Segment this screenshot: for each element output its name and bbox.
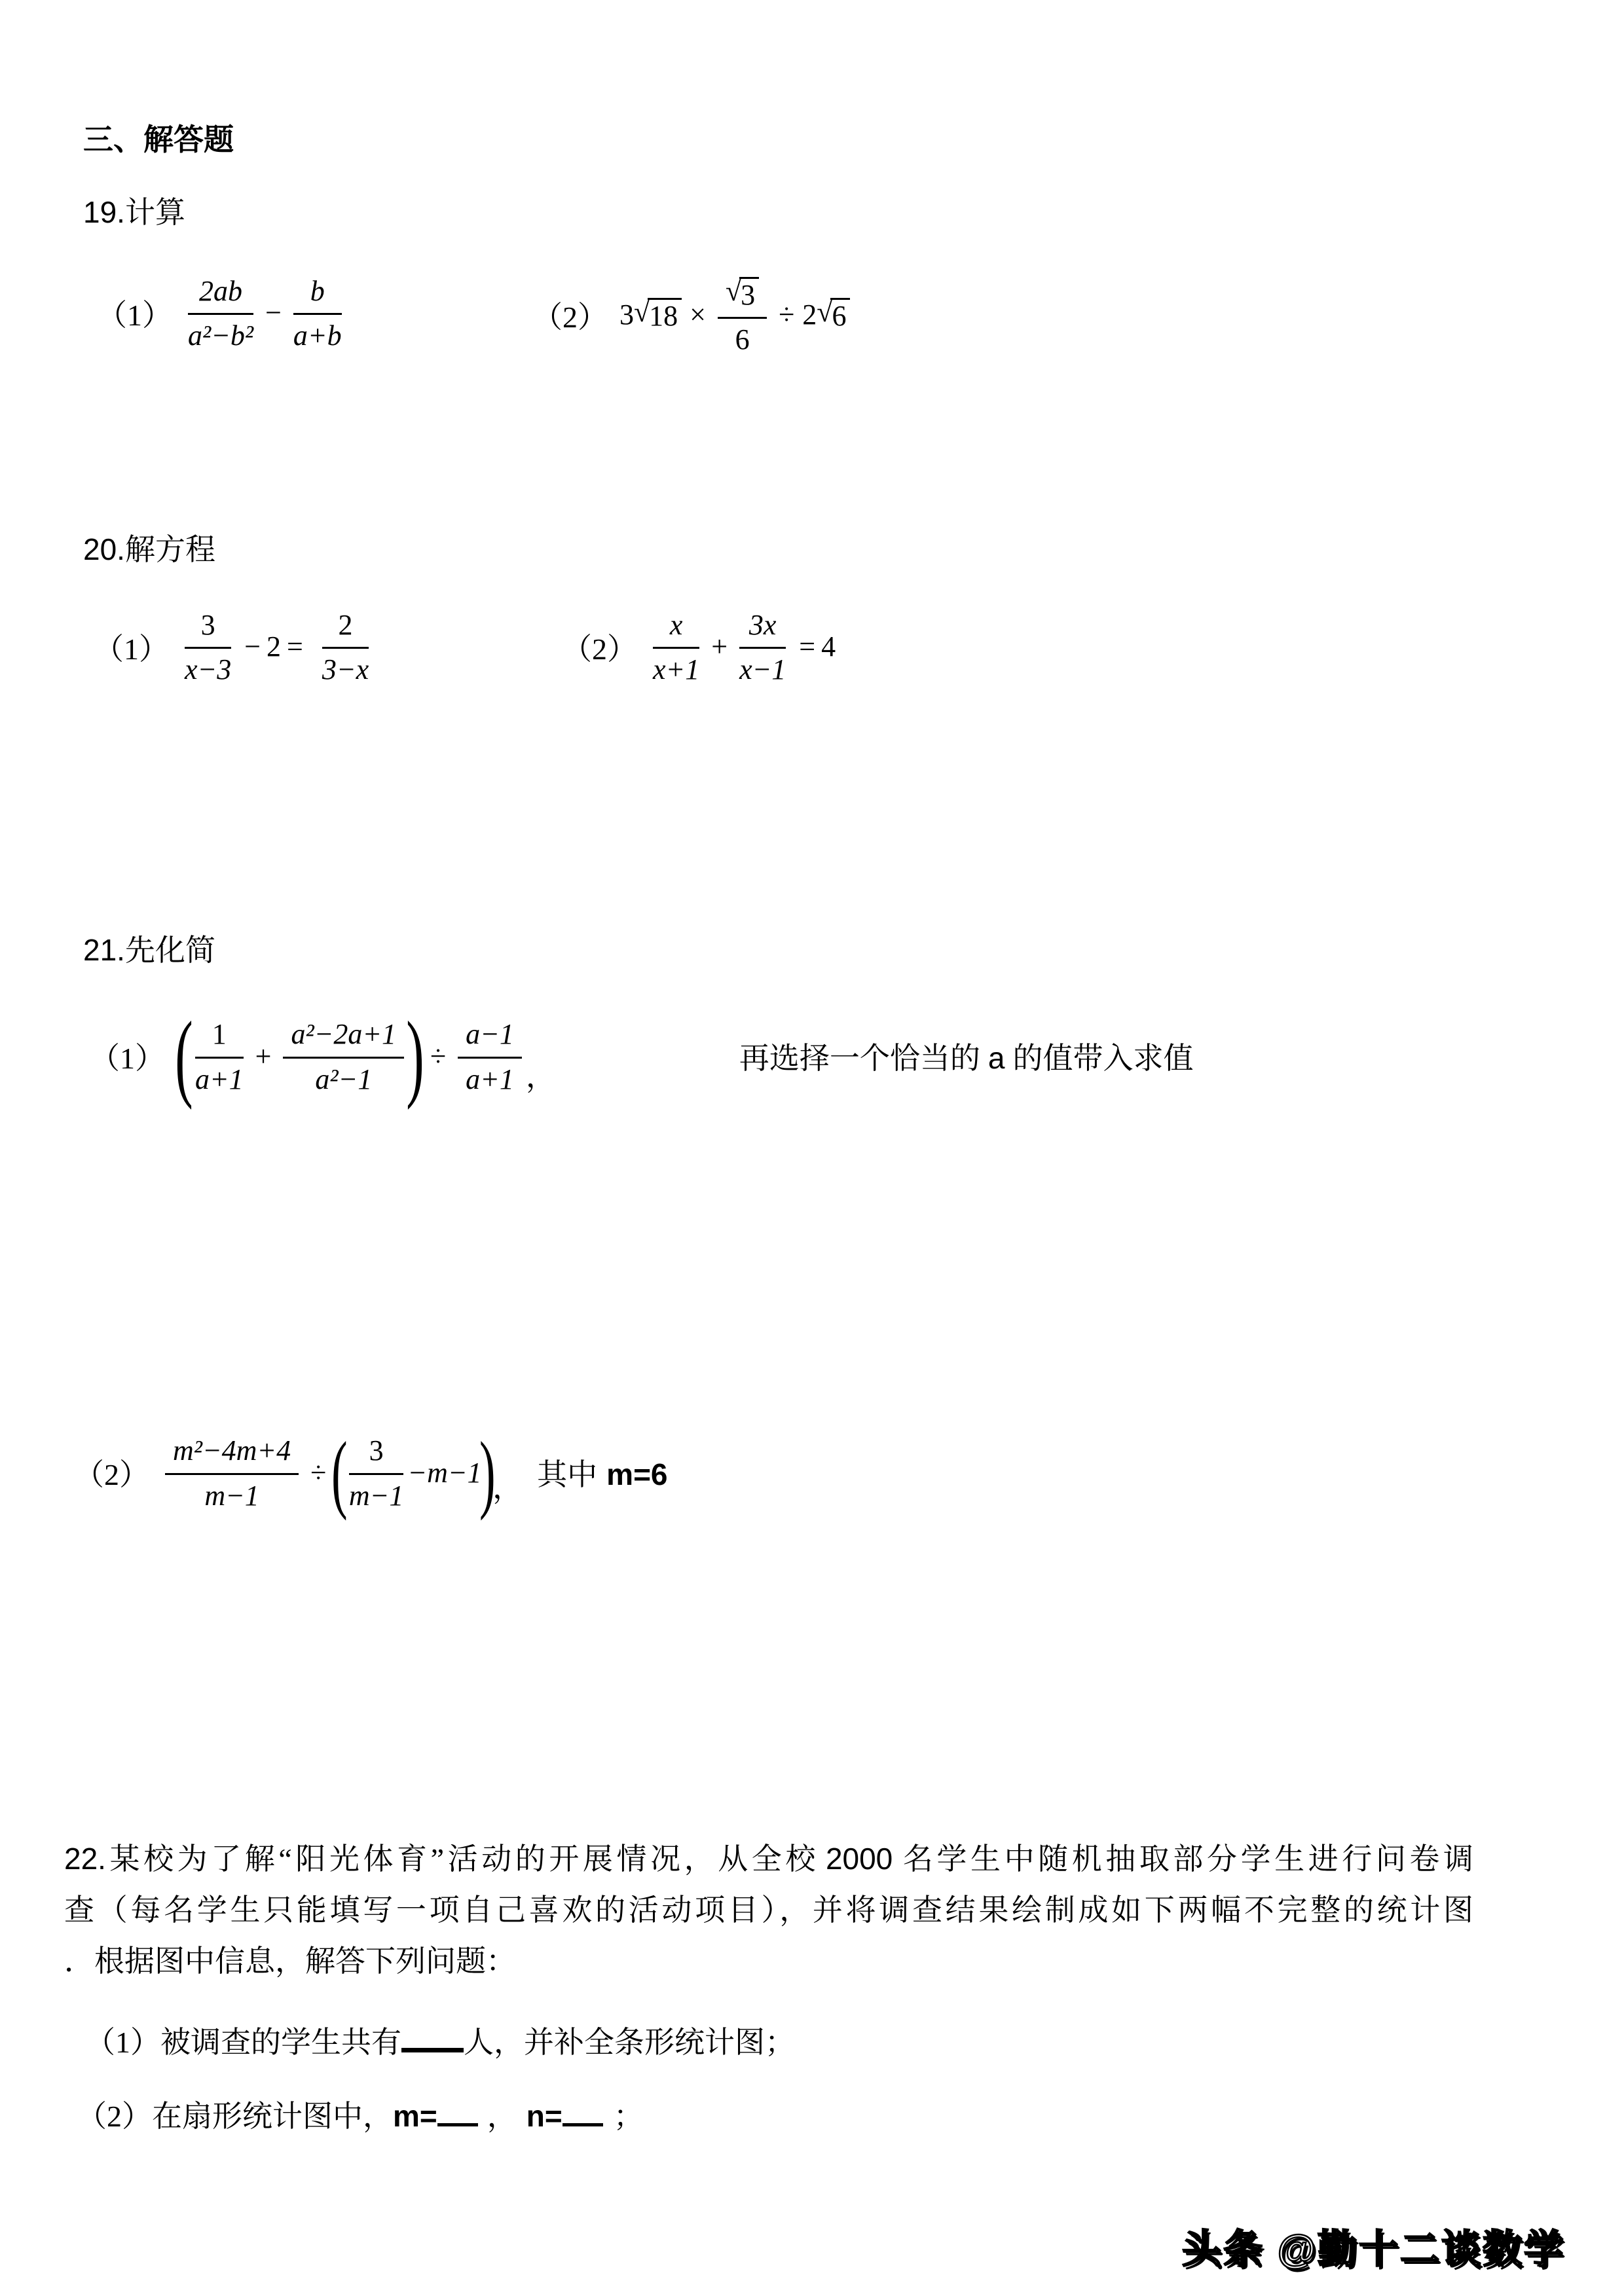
statement-text: 名学生中随机抽取部分学生进行问卷调 — [899, 1842, 1473, 1876]
fraction: m²−4m+4 m−1 — [165, 1433, 299, 1512]
problem-20-q1-formula: （1） 3 x−3 −2= 2 3−x — [94, 608, 373, 686]
student-count: 2000 — [826, 1842, 893, 1876]
fraction-denominator: a²−b² — [188, 315, 253, 352]
fraction-denominator: x−1 — [739, 649, 786, 685]
plus-operator: + — [703, 630, 735, 663]
fraction-numerator: 2 — [322, 608, 369, 649]
fraction: b a+b — [293, 274, 342, 352]
problem-21-q1-formula: （1） ( 1 a+1 + a²−2a+1 a²−1 ) ÷ a−1 a+1 ，… — [90, 1007, 1193, 1105]
fraction-numerator: 3 — [349, 1433, 403, 1474]
question-text: 人，并补全条形统计图； — [464, 2026, 795, 2059]
statement-line-3: ．根据图中信息，解答下列问题： — [64, 1936, 1473, 1987]
problem-21-q2-formula: （2） m²−4m+4 m−1 ÷ ( 3 m−1 −m−1 ) ， 其中m=6 — [74, 1429, 668, 1516]
watermark: 头条 @勤十二谈数学 — [1182, 2218, 1565, 2274]
minus-operator: − — [257, 296, 289, 329]
m-equals: m= — [393, 2099, 437, 2133]
problem-20-label: 解方程 — [125, 533, 215, 566]
problem-19-q2-formula: （2） 3 √ 18 × √ 3 6 ÷ 2 √ 6 — [532, 274, 850, 355]
right-parenthesis: ) — [406, 1007, 424, 1105]
square-root: √ 18 — [634, 298, 682, 332]
answer-blank-m — [437, 2094, 478, 2126]
fraction-numerator: 3x — [739, 608, 786, 649]
comma: ， — [487, 2100, 517, 2133]
problem-20-title: 20.解方程 — [83, 532, 215, 568]
problem-20-q2-formula: （2） x x+1 + 3x x−1 =4 — [562, 608, 851, 686]
problem-19-label: 计算 — [125, 196, 185, 229]
problem-22-q2: （2）在扇形统计图中，m=，n=； — [77, 2092, 644, 2136]
statement-line-1: 22.某校为了解“阳光体育”活动的开展情况，从全校2000名学生中随机抽取部分学… — [64, 1833, 1473, 1885]
left-parenthesis: ( — [331, 1429, 348, 1516]
fraction: 2ab a²−b² — [188, 274, 253, 352]
problem-22-q1: （1）被调查的学生共有人，并补全条形统计图； — [85, 2018, 795, 2062]
problem-21-number: 21. — [83, 933, 125, 967]
section-header: 三、解答题 — [83, 122, 234, 158]
fraction-numerator: 1 — [195, 1017, 244, 1058]
problem-19-q1-formula: （1） 2ab a²−b² − b a+b — [97, 274, 346, 352]
equals-four: =4 — [790, 630, 851, 663]
coefficient: 3 — [619, 298, 634, 331]
divide-operator: ÷ — [422, 1040, 454, 1073]
fraction-denominator: a+1 — [195, 1059, 244, 1095]
fraction-denominator: 6 — [718, 319, 767, 355]
fraction: a²−2a+1 a²−1 — [283, 1017, 404, 1095]
left-parenthesis: ( — [175, 1007, 193, 1105]
minus-m-minus-one: −m−1 — [407, 1456, 481, 1489]
question-label: （1） — [90, 1034, 177, 1078]
fraction-denominator: a²−1 — [283, 1059, 404, 1095]
square-root: √ 6 — [817, 298, 850, 332]
problem-19-number: 19. — [83, 195, 125, 229]
right-parenthesis: ) — [479, 1429, 496, 1516]
question-label: （1） — [97, 291, 184, 335]
problem-22-statement: 22.某校为了解“阳光体育”活动的开展情况，从全校2000名学生中随机抽取部分学… — [64, 1833, 1473, 1987]
fraction: 3 m−1 — [349, 1433, 403, 1512]
statement-text: 某校为了解“阳光体育”活动的开展情况，从全校 — [106, 1842, 819, 1876]
fraction-numerator: b — [293, 274, 342, 315]
divide-operator: ÷ — [303, 1456, 334, 1489]
fraction: 1 a+1 — [195, 1017, 244, 1095]
fraction-numerator: 2ab — [188, 274, 253, 315]
n-equals: n= — [526, 2099, 563, 2133]
fraction-denominator: x+1 — [653, 649, 699, 685]
exam-page: 三、解答题 19.计算 （1） 2ab a²−b² − b a+b （2） 3 … — [0, 0, 1624, 2296]
fraction-denominator: a+1 — [458, 1059, 522, 1095]
answer-blank-n — [563, 2094, 603, 2126]
answer-blank — [401, 2018, 464, 2052]
fraction-numerator: a²−2a+1 — [283, 1017, 404, 1058]
fraction: 3 x−3 — [185, 608, 231, 686]
comma: ， — [526, 1053, 556, 1096]
problem-19-title: 19.计算 — [83, 194, 185, 230]
fraction-numerator: 3 — [185, 608, 231, 649]
minus-two-equals: −2= — [235, 630, 318, 663]
instruction-text: 再选择一个恰当的a的值带入求值 — [739, 1034, 1194, 1078]
m-equals-six: m=6 — [606, 1457, 667, 1491]
question-label: （2） — [74, 1451, 161, 1494]
plus-operator: + — [248, 1040, 280, 1073]
fraction-numerator: a−1 — [458, 1017, 522, 1058]
problem-21-title: 21.先化简 — [83, 932, 215, 968]
fraction-denominator: m−1 — [165, 1475, 299, 1512]
times-operator: × — [682, 298, 714, 331]
radicand: 6 — [830, 298, 850, 332]
fraction-numerator: m²−4m+4 — [165, 1433, 299, 1474]
instruction-part: 再选择一个恰当的 — [739, 1042, 980, 1075]
problem-22-number: 22. — [64, 1842, 106, 1876]
coefficient: 2 — [802, 298, 817, 331]
fraction-denominator: m−1 — [349, 1475, 403, 1512]
question-label: （2） — [562, 625, 649, 668]
fraction: x x+1 — [653, 608, 699, 686]
question-text: （1）被调查的学生共有 — [85, 2026, 401, 2059]
instruction-part: 的值带入求值 — [1012, 1042, 1193, 1075]
question-label: （2） — [532, 293, 619, 337]
question-label: （1） — [94, 625, 181, 668]
square-root: √ 3 — [726, 277, 759, 311]
fraction: 3x x−1 — [739, 608, 786, 686]
problem-20-number: 20. — [83, 532, 125, 566]
fraction: √ 3 6 — [718, 274, 767, 355]
fraction: 2 3−x — [322, 608, 369, 686]
fraction-denominator: 3−x — [322, 649, 369, 685]
semicolon: ； — [614, 2100, 644, 2133]
fraction-denominator: x−3 — [185, 649, 231, 685]
fraction-numerator: x — [653, 608, 699, 649]
statement-line-2: 查（每名学生只能填写一项自己喜欢的活动项目），并将调查结果绘制成如下两幅不完整的… — [64, 1885, 1473, 1936]
condition-text: 其中m=6 — [537, 1451, 667, 1494]
fraction: a−1 a+1 — [458, 1017, 522, 1095]
condition-part: 其中 — [537, 1458, 597, 1491]
problem-21-label: 先化简 — [125, 934, 215, 967]
radicand: 3 — [739, 277, 759, 311]
variable-a: a — [988, 1041, 1005, 1075]
question-text: （2）在扇形统计图中， — [77, 2100, 393, 2133]
radicand: 18 — [648, 298, 682, 332]
fraction-denominator: a+b — [293, 315, 342, 352]
comma: ， — [492, 1464, 523, 1507]
fraction-numerator: √ 3 — [718, 274, 767, 319]
divide-operator: ÷ — [771, 298, 802, 331]
